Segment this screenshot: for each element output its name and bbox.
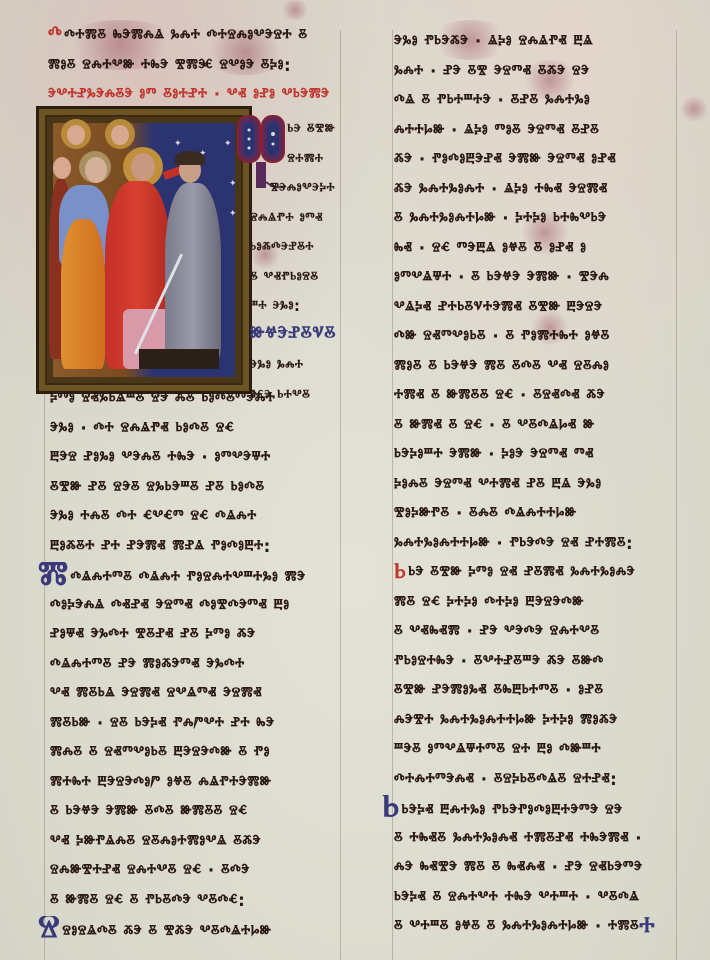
blue-initial: Ⱃ <box>382 795 400 815</box>
apostle-head <box>53 157 71 179</box>
text-line: ⰾⰵ ⰸⱏⰺⰵ ⰿⰻ ⰻ ⰸⱏⰾⱏ · ⱀⰵ ⱄⱏⱃⰵⱅⰵ <box>394 854 678 884</box>
rubric-line: ⰵⰲⰰⱀⰳⰵⰾⰻⰵ ⱁⱅ ⰻⱁⰰⱀⰰ · ⰲⱏ ⱁⱀⱁ ⰲⱃⰵⰿⰵ <box>48 81 342 111</box>
text-line: ⰵⰳⱁ ⰰⰾⰻ ⰴⰰ ⱔⰲⱔⱅ ⱄⱔ ⰴⱑⰾⰰ <box>50 503 344 533</box>
text-line: ⰿⰻ ⱄⱔ ⰽⰰⰽⱁ ⰴⰰⰽⱁ ⰱⰵⱄⰵⰴⱆ <box>394 589 678 619</box>
text-line: ⰵⰳⱁ · ⰴⰰ ⱄⰾⱑⱂⱏ ⱃⱁⰴⰻ ⱄⱔ <box>50 415 344 445</box>
blue-initial: ⱆⱍⰵⱀⰻⱌⰻ <box>250 325 336 345</box>
text-line: ⰳⰾⰰⰳⱁⰾⰰⰰⱈⱆ · ⱂⱃⰵⰴⰵ ⱄⱏ ⱀⰰⰿⰻ: <box>394 530 678 560</box>
text-line: ⰺⰵⰾⱁⰲⰵⰽⰰ <box>250 174 348 204</box>
text-line: ⰻⰺⱆ ⱀⰻ ⱄⰵⰻ ⱄⰳⱃⰵⱎⰻ ⱀⰻ ⱃⱁⰴⰻ <box>50 474 344 504</box>
blue-initial: Ⰰ <box>639 916 655 936</box>
text-line: ⱃⰵⰽⱏ ⰻ ⱄⰾⰰⰲⰰ ⰰⰸⰵ ⰲⰰⱎⰰ · ⰲⰻⰴⱑ <box>394 884 678 914</box>
stain <box>680 95 708 123</box>
text-line: ⰿⱁⰻ ⰻ ⱃⰵⱍⰵ ⰿⰻ ⰻⰴⰻ ⰲⱏ ⱄⰻⰾⱁ <box>394 353 678 383</box>
text-line: ⱄⰰⰿⰰ <box>250 145 348 175</box>
text-line: ⱄⰾⱑⱂⰰ ⱁⱅⱏ <box>250 204 348 234</box>
apostle-head <box>85 157 107 183</box>
text-line: ⰻ ⰲⱏⱂⱃⱁⱄⰻ <box>250 263 348 293</box>
text-line: ⱄⰾⱆⰺⰰⱀⱏ ⱄⰾⰰⰲⰻ ⱄⱔ · ⰻⰴⰵ <box>50 857 344 887</box>
left-column-side-text: ⱃⰵ ⰻⰺⱆ ⱄⰰⰿⰰ ⰺⰵⰾⱁⰲⰵⰽⰰ ⱄⰾⱑⱂⰰ ⱁⱅⱏ ⱃⱁⰶⰴⰵⱀⰻⰰ … <box>250 115 350 410</box>
text-line: ⰲⱏ ⰿⰻⱃⱑ ⰵⱄⰿⱏ ⱄⰲⱑⱅⱏ ⰵⱄⰿⱏ <box>50 680 344 710</box>
manuscript-page: ✦ ✦ ✦ ✦ ✦ <box>0 0 710 960</box>
text-line: ⱀⱁⱋⱏ ⰵⰳⰴⰰ ⰺⰻⱀⱏ ⱀⰻ ⰽⱅⱁ ⰶⰵ <box>50 621 344 651</box>
text-line: ⰱⰵⱄ ⱀⱁⰳⱁ ⰲⰵⰾⰻ ⰰⰸⰵ · ⱁⱅⰲⰵⱋⰰ <box>50 444 344 474</box>
text-line: ⱎⰵⰻ ⱁⱅⰲⱑⱋⰰⱅⰻ ⱄⰰ ⰱⱁ ⰴⱆⱎⰰ <box>394 736 678 766</box>
text-line: ⰰⰿⱏ ⰻ ⱆⰿⰻⰻ ⱄⱔ · ⰻⱄⱏⰴⱏ ⰶⰵ <box>394 382 678 412</box>
text-line: ⰻ ⱃⰵⱍⰵ ⰵⰿⱆ ⰻⰴⰻ ⱆⰿⰻⰻ ⱄⱔ <box>50 798 344 828</box>
apostle-orange-cloak <box>61 219 105 369</box>
text-line: ⰴⱑⰾⰰⱅⰻ ⱀⰵ ⰿⱁⰶⰵⱅⱏ ⰵⰳⰴⰰ <box>50 651 344 681</box>
text-line: ⰿⰰⰸⰰ ⰱⰵⱄⰵⰴⱁⱓ ⱁⱍⰻ ⰾⱑⱂⰰⰵⰿⱆ <box>50 769 344 799</box>
text-line: ⰴⰴⰰⰿⰻ ⰸⰵⰿⰾⱑ ⰳⰾⰰ ⰴⰰⱄⰾⱁⰲⰵⱄⰰ ⰻ <box>48 22 342 52</box>
margin-rule <box>44 390 45 960</box>
text-line: ⰶⰵ · ⱂⱁⰴⱁⰱⰵⱀⱏ ⰵⰿⱆ ⰵⱄⱅⱏ ⱁⱀⱏ <box>394 146 678 176</box>
miniature-illustration: ✦ ✦ ✦ ✦ ✦ <box>36 106 252 394</box>
text-line: ⱁⱅⰲⱑⱋⰰ · ⰻ ⱃⰵⱍⰵ ⰵⰿⱆ · ⰺⰵⰾ <box>394 264 678 294</box>
text-line: ⰵⰳⱁ ⰳⰾⰰ <box>250 351 348 381</box>
text-line: ⰵⰳⱁ ⱂⱃⰵⰶⰵ · ⱑⰽⱁ ⱄⰾⱑⱂⱏ ⰱⱑ <box>394 28 678 58</box>
right-column-body: ⰵⰳⱁ ⱂⱃⰵⰶⰵ · ⱑⰽⱁ ⱄⰾⱑⱂⱏ ⰱⱑ ⰳⰾⰰ · ⱀⰵ ⰻⰺ ⰵⱄⱅ… <box>394 28 684 943</box>
text-line: ⰻ ⰳⰾⰰⰳⱁⰾⰰⱈⱆ · ⰽⰰⰽⱁ ⱃⰰⰸⰲⱃⰵ <box>394 205 678 235</box>
text-line: Ⱄⱄⱁⱄⱑⰴⰻ ⰶⰵ ⰻ ⰺⰶⰵ ⰲⰻⰴⱑⰰⱈⱆ <box>38 916 344 946</box>
text-line: ⰲⱏ ⰽⱆⱂⱑⰾⰻ ⱄⰻⰾⱁⰰⰿⱁⰲⱑ ⰻⰶⰵ <box>50 828 344 858</box>
text-line: ⱃⰵⰽⱁⱎⰰ ⰵⰿⱆ · ⰽⱁⰵ ⰵⱄⱅⱏ ⱅⱏ <box>394 441 678 471</box>
text-line: Ⰿⰴⱑⰾⰰⱅⰻ ⰴⱑⰾⰰ ⱂⱁⱄⰾⰰⰲⱎⰰⰳⱁ ⰿⰵ <box>38 562 344 592</box>
text-line: ⰿⰻⱃⱆ · ⱄⰻ ⱃⰵⰽⱏ ⱂⰾⱓⰲⰰ ⱀⰰ ⰸⰵ <box>50 710 344 740</box>
apostle-head <box>111 125 129 145</box>
text-line: ⱆⱍⰵⱀⰻⱌⰻ <box>250 322 348 352</box>
stain <box>280 0 310 20</box>
text-line: ⰻ ⱆⰿⱏ ⰻ ⱄⱔ · ⰻ ⰲⰻⰴⱑⱈⱏ ⱆ <box>394 412 678 442</box>
blue-initial: Ⰿ <box>38 562 69 582</box>
text-line: ⰱⱁⰶⰻⰰ ⱀⰰ ⱀⰵⰿⱏ ⰿⱀⱑ ⱂⱁⰴⱁⰱⰰ: <box>50 533 344 563</box>
text-line: ⰻⰺⱆ ⱀⰵⰿⱁⰳⱏ ⰻⰸⰱⱃⰰⱅⰻ · ⱁⱀⰻ <box>394 677 678 707</box>
text-line: ⰻ ⱆⰿⰻ ⱄⱔ ⰻ ⱂⱃⰻⰴⰵ ⰲⰻⰴⱔ: <box>50 887 344 917</box>
star-ornament: ✦ <box>174 139 182 149</box>
text-line: ⱎⰰ ⰵⰳⱁ: <box>250 292 348 322</box>
text-line: ⰺⱁⰽⱆⱂⰻ · ⰻⰾⰻ ⰴⱑⰾⰰⰰⱈⱆ <box>394 500 678 530</box>
text-line: ⰲⱑⰽⱏ ⱀⰰⱃⰻⱌⰰⰵⰿⱏ ⰻⰺⱆ ⰱⰵⱄⰵ <box>394 294 678 324</box>
left-column-header: ⰴⰴⰰⰿⰻ ⰸⰵⰿⰾⱑ ⰳⰾⰰ ⰴⰰⱄⰾⱁⰲⰵⱄⰰ ⰻ ⰿⱁⰻ ⱄⰾⰰⰲⱆ ⰰⰸ… <box>48 22 348 111</box>
red-initial: Ⱃ <box>394 562 406 582</box>
christ-head <box>131 153 155 181</box>
text-line: ⰴⱆ ⱄⱏⱅⰲⱁⱃⰻ · ⰻ ⱂⱁⰿⰰⰸⰰ ⱁⱍⰻ <box>394 323 678 353</box>
text-line: Ⱃⱃⰵ ⰻⰺⱆ ⰽⱅⱁ ⱄⱏ ⱀⰻⰿⱏ ⰳⰾⰰⰳⱁⰾⰵ <box>394 559 678 589</box>
text-line: Ⱃⱃⰵⰽⱏ ⰱⰾⰰⰳⱁ ⱂⱃⰵⱂⱁⰴⱁⰱⰰⰵⱅⰵ ⱄⰵ <box>382 795 678 825</box>
text-line: ⰴⱁⰽⰵⰾⱑ ⰴⱏⱀⱏ ⰵⱄⱅⱏ ⰴⱁⰺⰴⰵⱅⱏ ⰱⱁ <box>50 592 344 622</box>
text-line: ⰾⰵⰺⰰ ⰳⰾⰰⰳⱁⰾⰰⰰⱈⱆ ⰽⰰⰽⱁ ⰿⱁⰶⰵ <box>394 707 678 737</box>
ground <box>139 349 219 369</box>
star-ornament: ✦ <box>224 139 232 149</box>
text-line: ⰻ ⰲⰰⱎⰻ ⱁⱍⰻ ⰻ ⰳⰾⰰⰳⱁⰾⰰⱈⱆ · ⰰⰿⰻⰀ <box>394 913 678 943</box>
text-line: ⰿⱁⰻ ⱄⰾⰰⰲⱆ ⰰⰸⰵ ⰺⰿⱗ ⱄⰲⱁⰵ ⰻⰽⱁ: <box>48 52 342 82</box>
text-line: ⰾⰰⰰⱈⱆ · ⱑⰽⱁ ⱅⱁⰻ ⰵⱄⱅⱏ ⰻⱀⰻ <box>394 117 678 147</box>
text-line: ⱃⰵ ⰻⰺⱆ <box>250 115 348 145</box>
blue-initial: Ⱄ <box>38 916 60 936</box>
text-line: ⱂⱃⱁⱄⰰⰸⰵ · ⰻⰲⰰⱀⰻⱎⰵ ⰶⰵ ⰻⱆⰴ <box>394 648 678 678</box>
text-line: ⰴⰰⰾⰰⱅⰵⰾⱏ · ⰻⱄⰽⱃⰻⰴⱑⰻ ⱄⰰⱀⱏ: <box>394 766 678 796</box>
text-line: ⰽⱅⱁ ⱄⱏⰳⱃⱑⱎⰻ ⱄⰵ ⰾⰻ ⱃⱁⰴⰻⱅⰵⰾⰰ <box>50 385 344 415</box>
text-line: ⰳⰾⰰ · ⱀⰵ ⰻⰺ ⰵⱄⱅⱏ ⰻⰶⰵ ⱄⰵ <box>394 58 678 88</box>
text-line: ⰴⱑ ⰻ ⱂⱃⰰⱎⰰⰵ · ⰻⱀⰻ ⰳⰾⰰⰳⱁ <box>394 87 678 117</box>
blind-man-hair <box>175 151 205 165</box>
text-line: ⰻ ⰰⰸⱏⰻ ⰳⰾⰰⰳⱁⰾⱏ ⰰⰿⰻⱀⱏ ⰰⰸⰵⰿⱏ · <box>394 825 678 855</box>
rubric-initial: ⰴ <box>48 25 62 45</box>
apostle-head <box>67 125 85 145</box>
star-ornament: ✦ <box>229 209 237 219</box>
text-line: ⰶⰵ ⰳⰾⰰⰳⱁⰾⰰ · ⱑⰽⱁ ⰰⰸⱏ ⰵⱄⰿⱏ <box>394 176 678 206</box>
left-column-body: ⰽⱅⱁ ⱄⱏⰳⱃⱑⱎⰻ ⱄⰵ ⰾⰻ ⱃⱁⰴⰻⱅⰵⰾⰰ ⰵⰳⱁ · ⰴⰰ ⱄⰾⱑⱂ… <box>50 385 350 946</box>
text-line: ⰻ ⰲⱏⰸⱏⰿ · ⱀⰵ ⰲⰵⰴⰵ ⱄⰾⰰⰲⰻ <box>394 618 678 648</box>
text-line: ⰿⰾⰻ ⰻ ⱄⱏⱅⰲⱁⱃⰻ ⰱⰵⱄⰵⰴⱆ ⰻ ⱂⱁ <box>50 739 344 769</box>
text-line: ⰸⱏ · ⱄⱔ ⱅⰵⰱⱑ ⱁⱍⰻ ⰻ ⱁⱀⱏ ⱁ <box>394 235 678 265</box>
text-line: ⱃⱁⰶⰴⰵⱀⰻⰰ <box>250 233 348 263</box>
text-line: ⰽⱁⰾⰻ ⰵⱄⱅⱏ ⰲⰰⰿⱏ ⱀⰻ ⰱⱑ ⰵⰳⱁ <box>394 471 678 501</box>
